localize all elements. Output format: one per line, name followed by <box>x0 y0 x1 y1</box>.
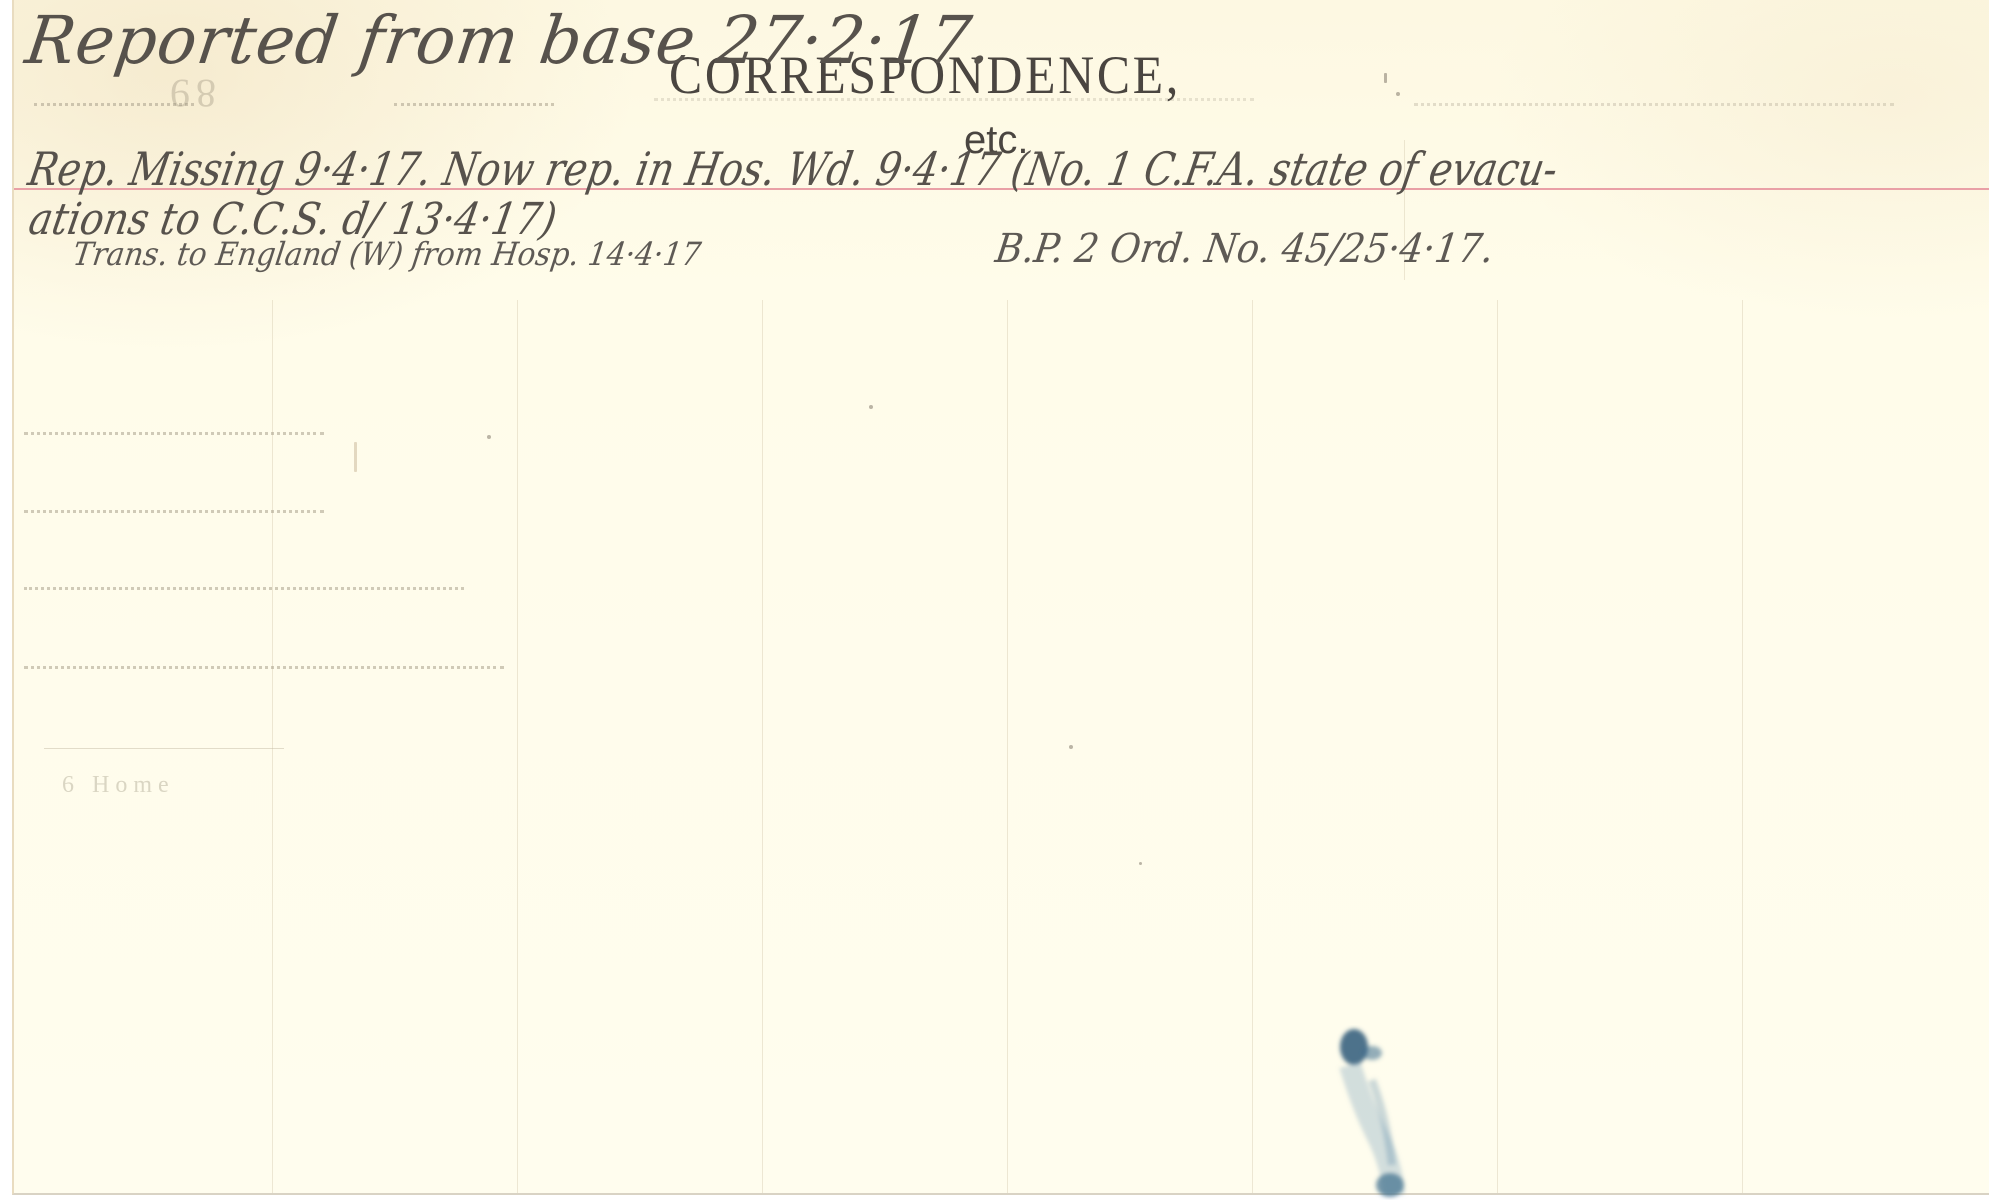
ghost-text: 6 Home <box>62 772 175 799</box>
paper-speck <box>1396 92 1400 96</box>
dotted-rule <box>24 587 464 590</box>
grid-line <box>1252 300 1253 1193</box>
dotted-rule <box>394 103 554 106</box>
dotted-rule <box>24 666 504 669</box>
grid-line <box>1007 300 1008 1193</box>
grid-line <box>1742 300 1743 1193</box>
paper-speck <box>354 442 357 472</box>
dotted-rule <box>24 510 324 513</box>
paper-speck <box>869 405 873 409</box>
dotted-rule <box>1414 103 1894 106</box>
record-card: 89 6 Home CORRESPONDENCE, etc. Reported … <box>12 0 1989 1195</box>
grid-line <box>517 300 518 1193</box>
grid-line <box>1497 300 1498 1193</box>
paper-speck <box>1384 73 1387 83</box>
ink-smudge-icon <box>1332 1025 1442 1200</box>
handwritten-entry: Reported from base 27·2·17. <box>21 2 998 79</box>
dotted-rule <box>24 432 324 435</box>
grid-line <box>762 300 763 1193</box>
handwritten-entry: B.P. 2 Ord. No. 45/25·4·17. <box>993 226 1497 272</box>
paper-speck <box>1139 862 1142 865</box>
faint-rule <box>44 748 284 749</box>
handwritten-entry: Rep. Missing 9·4·17. Now rep. in Hos. Wd… <box>24 142 1561 196</box>
paper-speck <box>487 435 491 439</box>
paper-speck <box>1069 745 1073 749</box>
handwritten-entry: Trans. to England (W) from Hosp. 14·4·17 <box>71 235 704 273</box>
